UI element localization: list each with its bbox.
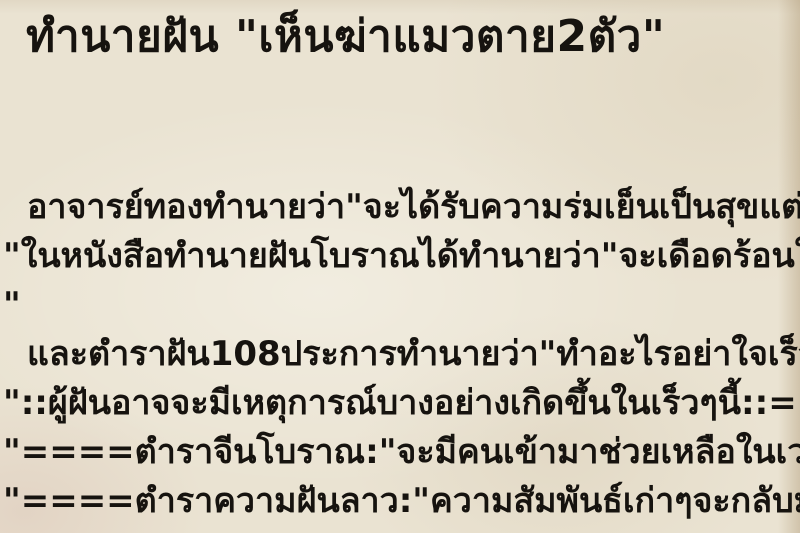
prediction-line-lao-treatise: "====ตำราความฝันลาว:"ความสัมพันธ์เก่าๆจะ… (0, 477, 800, 526)
page-title: ทำนายฝัน "เห็นฆ่าแมวตาย2ตัว" (26, 8, 665, 66)
prediction-line-ancient-book: "ในหนังสือทำนายฝันโบราณได้ทำนายว่า"จะเดื… (0, 232, 800, 281)
prediction-line-ajarn-thong: อาจารย์ทองทำนายว่า"จะได้รับความร่มเย็นเป… (0, 183, 800, 232)
prediction-line-dreamer-event: "::ผู้ฝันอาจจะมีเหตุการณ์บางอย่างเกิดขึ้… (0, 379, 800, 428)
prediction-line-108-treatise: และตำราฝัน108ประการทำนายว่า"ทำอะไรอย่าใจ… (0, 330, 800, 379)
prediction-line-chinese-treatise: "====ตำราจีนโบราณ:"จะมีคนเข้ามาช่วยเหลือ… (0, 428, 800, 477)
parchment-background: ทำนายฝัน "เห็นฆ่าแมวตาย2ตัว" อาจารย์ทองท… (0, 0, 800, 533)
dream-prediction-page: { "page": { "title": "ทำนายฝัน \"เห็นฆ่า… (0, 0, 800, 533)
prediction-text-block: อาจารย์ทองทำนายว่า"จะได้รับความร่มเย็นเป… (0, 183, 800, 526)
prediction-line-quote-mark: " (0, 281, 800, 330)
